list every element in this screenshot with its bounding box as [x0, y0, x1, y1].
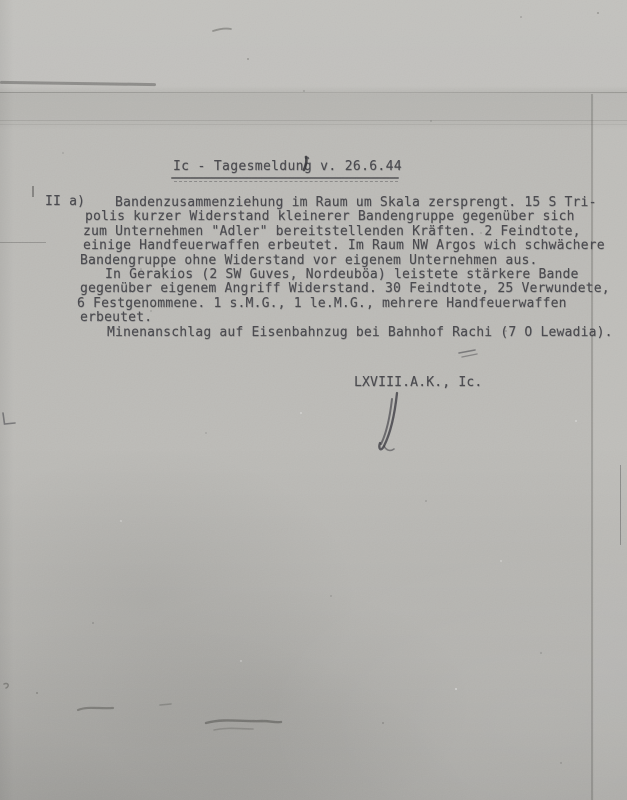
document-title: Ic - Tagesmeldung v. 26.6.44: [173, 160, 402, 174]
section-label: II a): [45, 195, 85, 209]
title-underline: [171, 177, 399, 179]
fold-line-top: [0, 92, 627, 93]
signature-unit: LXVIII.A.K., Ic.: [354, 376, 482, 390]
body-line: Minenanschlag auf Eisenbahnzug bei Bahnh…: [82, 325, 602, 339]
page-top-edge-smudge: [0, 81, 156, 86]
handwritten-double-dash-under-O-mark: [459, 350, 477, 357]
fold-line-second: [0, 120, 627, 121]
scratch-left-margin: [32, 186, 34, 197]
body-line: 6 Festgenommene. 1 s.M.G., 1 le.M.G., me…: [77, 296, 602, 310]
body-line: zum Unternehmen "Adler" bereitstellenden…: [83, 224, 602, 238]
film-grain-overlay: [0, 0, 627, 800]
body-line: erbeutet.: [80, 310, 602, 324]
scratch-right: [620, 465, 621, 545]
report-body: Bandenzusammenziehung im Raum um Skala z…: [82, 195, 602, 339]
body-line: einige Handfeuerwaffen erbeutet. Im Raum…: [83, 238, 602, 252]
left-margin-corner-mark: [3, 413, 15, 424]
handwritten-paraph-mark: [379, 393, 397, 450]
document-photo: Ic - Tagesmeldung v. 26.6.44 II a) Bande…: [0, 0, 627, 800]
body-line: In Gerakios (2 SW Guves, Nordeuböa) leis…: [82, 267, 602, 281]
top-dash-mark: [213, 29, 231, 31]
body-line: polis kurzer Widerstand kleinerer Banden…: [85, 209, 602, 223]
handwritten-marks: [0, 0, 627, 800]
body-line: Bandengruppe ohne Widerstand vor eigenem…: [80, 253, 602, 267]
dust-specks-light: [0, 0, 2, 2]
body-line: Bandenzusammenziehung im Raum um Skala z…: [82, 195, 602, 209]
fold-line-third: [0, 124, 627, 125]
scratch-line-left: [0, 242, 46, 243]
body-line: gegenüber eigenem Angriff Widerstand. 30…: [80, 281, 602, 295]
bottom-smudge-marks: [4, 683, 281, 730]
title-underline-dashed: [174, 181, 398, 182]
